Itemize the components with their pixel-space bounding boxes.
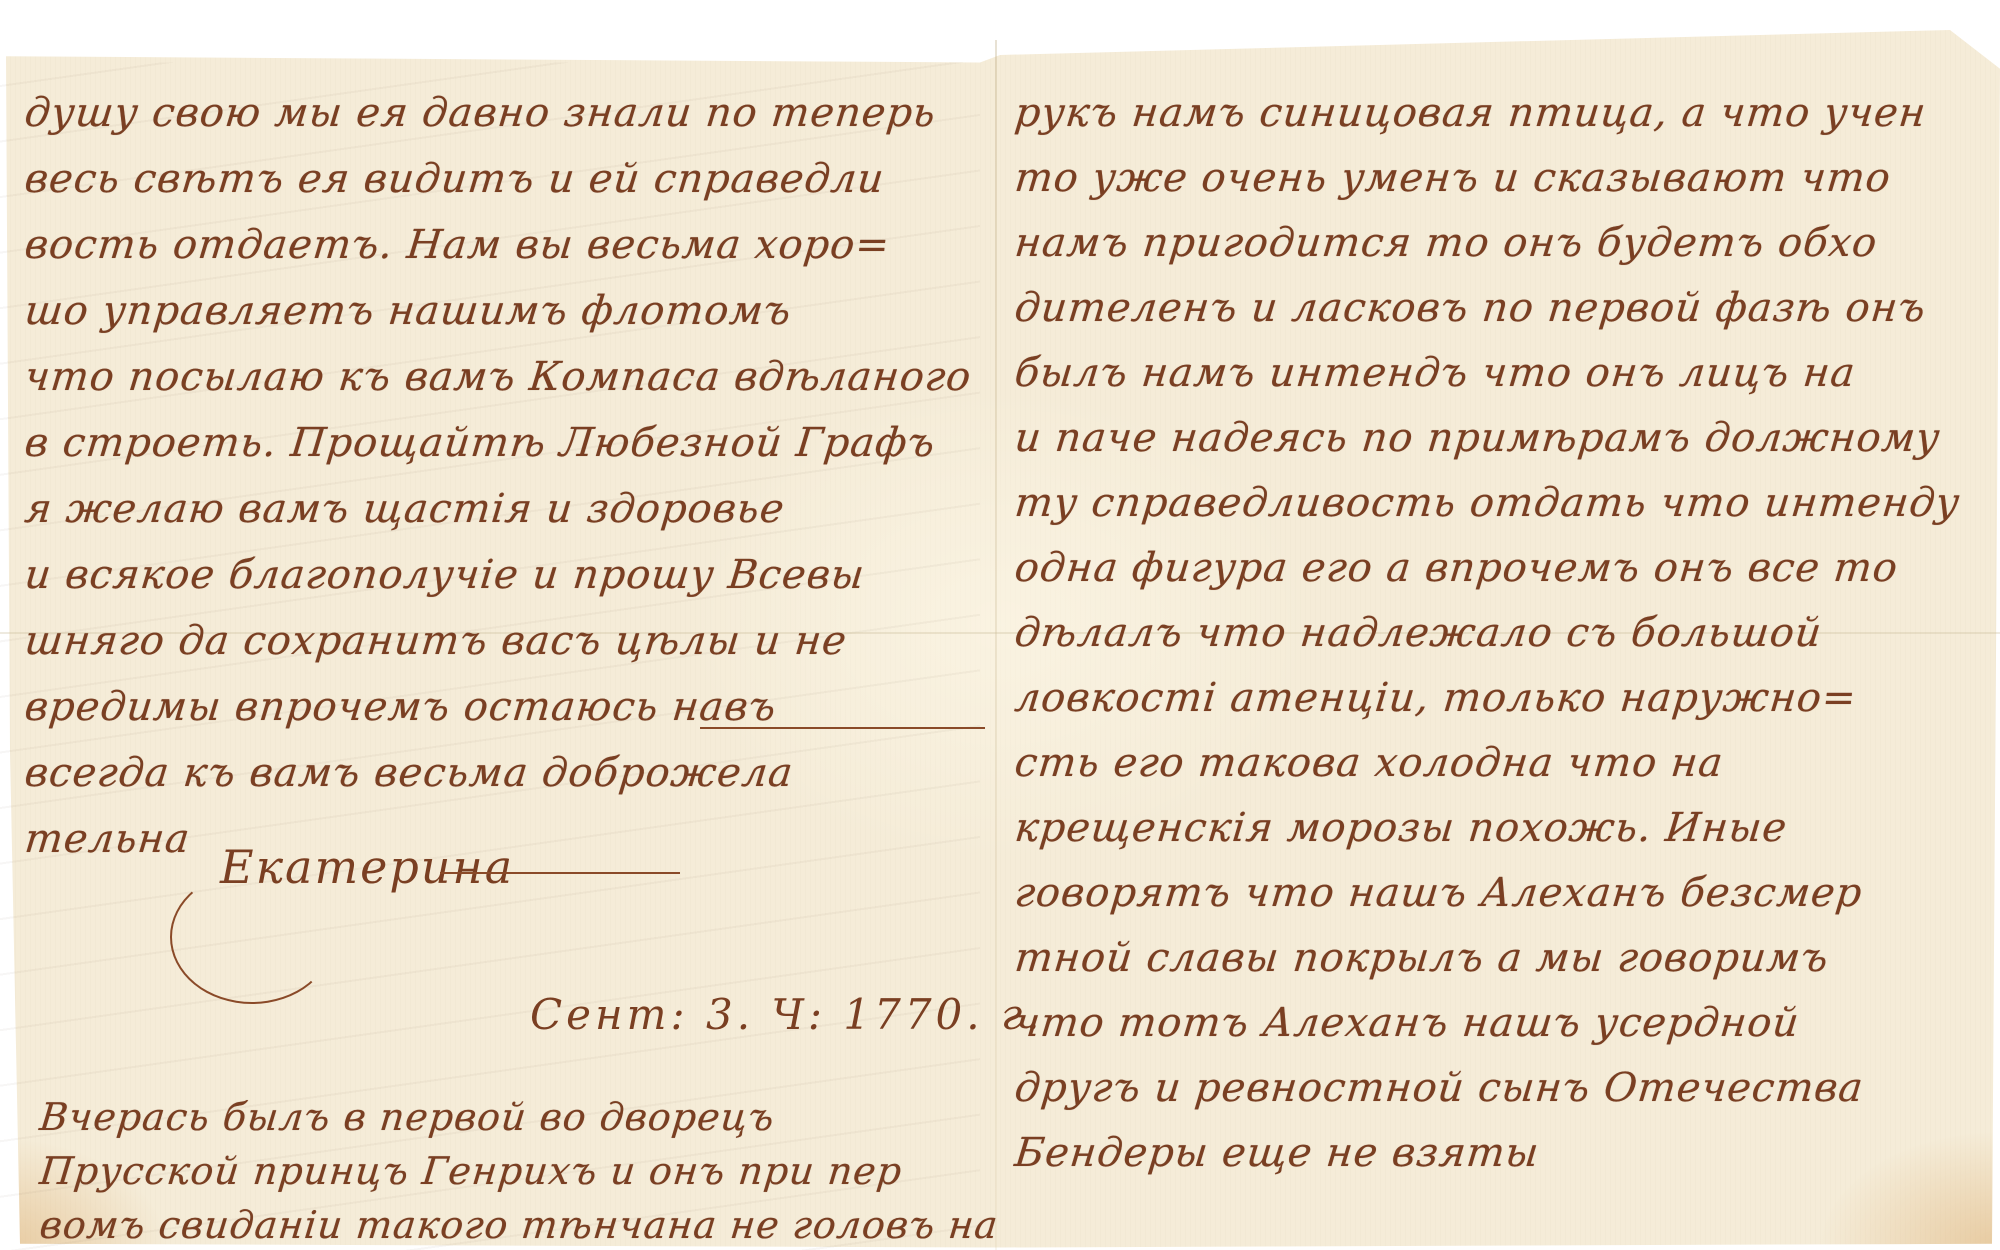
text-line: одна фигура его а впрочемъ онъ все то [1012,535,1994,600]
text-line: рукъ намъ синицовая птица, а что учен [1012,80,1994,145]
text-line: весь свѣтъ ея видитъ и ей справедли [22,146,989,212]
text-line: шо управляетъ нашимъ флотомъ [22,278,989,344]
text-line: крещенскiя морозы похожь. Иные [1012,795,1994,860]
postscript: Вчерась былъ в первой во дворецъ Прусско… [40,1090,990,1250]
text-line: и паче надеясь по примѣрамъ должному [1012,405,1994,470]
text-line: тной славы покрылъ а мы говоримъ [1012,925,1994,990]
text-line: говорятъ что нашъ Алеханъ безсмер [1012,860,1994,925]
text-line: сть его такова холодна что на [1012,730,1994,795]
text-line: всегда къ вамъ весьма доброжела [22,740,989,806]
signature: Екатерина [220,840,514,894]
text-line: и всякое благополучiе и прошу Всевы [22,542,989,608]
text-line: что посылаю къ вамъ Компаса вдѣланого [22,344,989,410]
text-line: дѣлалъ что надлежало съ большой [1012,600,1994,665]
postscript-line: Вчерась былъ в первой во дворецъ [37,1090,993,1144]
postscript-line: вомъ свиданiи такого тѣнчана не головъ н… [37,1198,993,1250]
text-line: другъ и ревностной сынъ Отечества [1012,1055,1994,1120]
text-line: что тотъ Алеханъ нашъ усердной [1012,990,1994,1055]
text-line: ту справедливость отдать что интенду [1012,470,1994,535]
letter-date: Сент: 3. Ч: 1770. г. [530,990,1044,1039]
text-line: намъ пригодится то онъ будетъ обхо [1012,210,1994,275]
signature-underline [440,872,680,874]
postscript-line: Прусской принцъ Генрихъ и онъ при пер [37,1144,993,1198]
text-line: душу свою мы ея давно знали по теперь [22,80,989,146]
text-line: я желаю вамъ щастiя и здоровье [22,476,989,542]
vertical-fold-line [995,40,997,1250]
text-line: вредимы впрочемъ остаюсь навъ [22,674,989,740]
text-line: дителенъ и ласковъ по первой фазѣ онъ [1012,275,1994,340]
text-line: Бендеры еще не взяты [1012,1120,1994,1185]
right-page: рукъ намъ синицовая птица, а что учен то… [1015,80,1990,1185]
text-line: то уже очень уменъ и сказывают что [1012,145,1994,210]
text-line: ловкостi атенцiи, только наружно= [1012,665,1994,730]
text-line: вость отдаетъ. Нам вы весьма хоро= [22,212,989,278]
closing-flourish-line [700,727,985,729]
text-line: в строеть. Прощайтѣ Любезной Графъ [22,410,989,476]
text-line: былъ намъ интендъ что онъ лицъ на [1012,340,1994,405]
text-line: шняго да сохранитъ васъ цѣлы и не [22,608,989,674]
left-page: душу свою мы ея давно знали по теперь ве… [25,80,985,872]
